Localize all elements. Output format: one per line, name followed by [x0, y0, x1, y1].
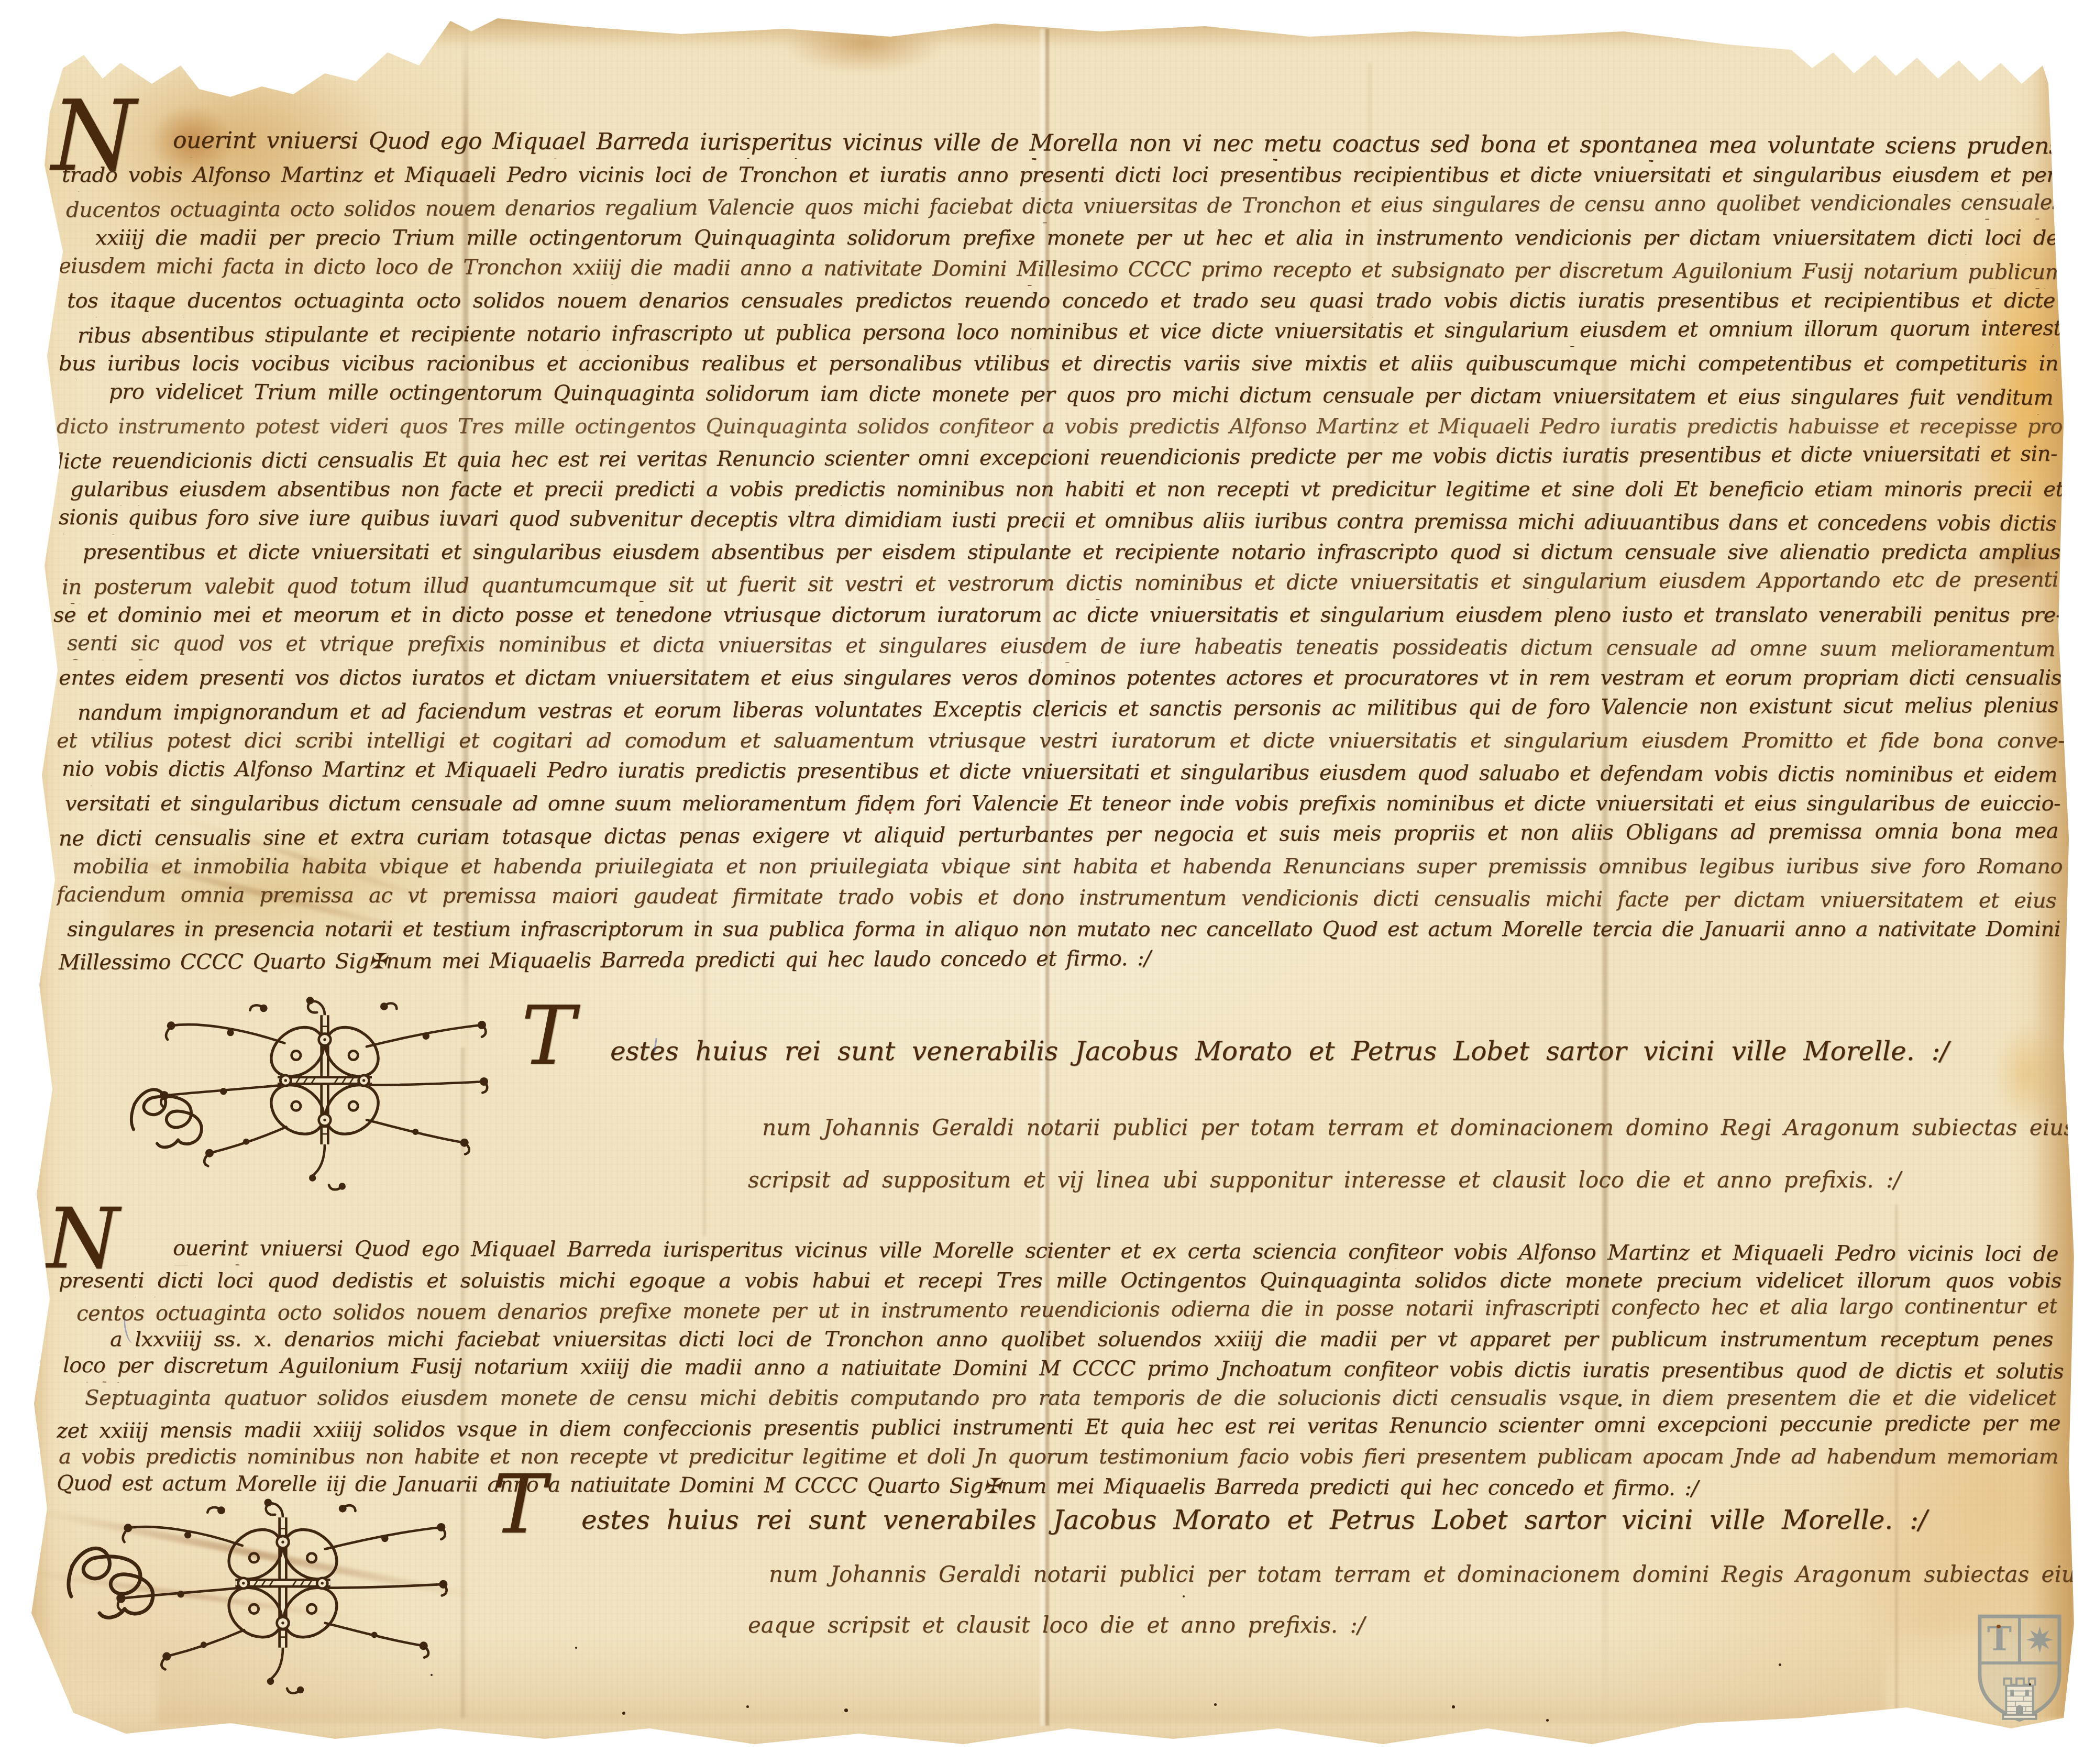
manuscript-line: sionis quibus foro sive iure quibus iuva… [59, 505, 2056, 541]
manuscript-line: loco per discretum Aguilonium Fusij nota… [63, 1353, 2064, 1388]
archive-stamp-icon: T [1976, 1613, 2064, 1723]
manuscript-line: trado vobis Alfonso Martinz et Miquaeli … [62, 162, 2056, 192]
manuscript-line: Septuaginta quatuor solidos eiusdem mone… [85, 1385, 2056, 1415]
manuscript-line: ouerint vniuersi Quod ego Miquael Barred… [173, 128, 2060, 163]
manuscript-line: senti sic quod vos et vtrique prefixis n… [67, 631, 2055, 666]
stain [47, 16, 2037, 47]
manuscript-line: presentibus et dicte vniuersitati et sin… [83, 539, 2060, 569]
manuscript-line: a lxxviiij ss. x. denarios michi facieba… [110, 1327, 2053, 1356]
notary-subscription-line: num Johannis Geraldi notarii publici per… [769, 1563, 2095, 1585]
manuscript-line: ouerint vniuersi Quod ego Miquael Barred… [173, 1236, 2058, 1271]
manuscript-line: singulares in presencia notarii et testi… [67, 917, 2060, 946]
manuscript-line: nio vobis dictis Alfonso Martinz et Miqu… [62, 756, 2057, 792]
ink-speck [1452, 1705, 1455, 1708]
manuscript-line: faciendum omnia premissa ac vt premissa … [57, 882, 2056, 918]
manuscript-line: nandum impignorandum et ad faciendum ves… [78, 693, 2058, 730]
sig-flourish-icon [63, 1529, 199, 1624]
manuscript-line: eiusdem michi facta in dicto loco de Tro… [59, 253, 2065, 289]
manuscript-line: dicto instrumento potest videri quos Tre… [57, 414, 2063, 443]
photo-background: N ouerint vniuersi Quod ego Miquael Barr… [0, 0, 2095, 1764]
manuscript-line: tos itaque ducentos octuaginta octo soli… [67, 288, 2055, 317]
ink-speck [1183, 1595, 1185, 1597]
manuscript-line: ducentos octuaginta octo solidos nouem d… [66, 190, 2063, 227]
illuminated-initial: T [492, 1464, 546, 1545]
manuscript-line: Millessimo CCCC Quarto Sig✠num mei Miqua… [59, 946, 1151, 979]
manuscript-line: mobilia et inmobilia habita vbique et ha… [72, 854, 2063, 883]
sig-flourish-icon [126, 1074, 241, 1152]
notary-subscription-line: scripsit ad suppositum et vij linea ubi … [748, 1169, 1901, 1191]
notary-subscription-line: eaque scripsit et clausit loco die et an… [748, 1614, 1365, 1636]
manuscript-line: ne dicti censualis sine et extra curiam … [59, 819, 2058, 856]
manuscript-line: in posterum valebit quod totum illud qua… [62, 567, 2058, 604]
ink-speck [1779, 1663, 1781, 1666]
manuscript-line: se et dominio mei et meorum et in dicto … [53, 602, 2063, 632]
stain [786, 16, 943, 73]
witness-line: estes huius rei sunt venerabiles Jacobus… [581, 1507, 1927, 1533]
manuscript-line: entes eidem presenti vos dictos iuratos … [59, 665, 2061, 694]
notary-subscription-line: num Johannis Geraldi notarii publici per… [762, 1117, 2095, 1139]
ink-speck [622, 1712, 625, 1715]
stain [1993, 1021, 2061, 1126]
parchment-sheet: N ouerint vniuersi Quod ego Miquael Barr… [0, 0, 2095, 1764]
ink-speck [1546, 1719, 1549, 1722]
manuscript-line: versitati et singularibus dictum censual… [65, 791, 2060, 820]
manuscript-line: centos octuaginta octo solidos nouem den… [76, 1294, 2057, 1331]
manuscript-line: gularibus eiusdem absentibus non facte e… [70, 477, 2064, 506]
manuscript-line: zet xxiiij mensis madii xxiiij solidos v… [57, 1411, 2060, 1448]
stamp-letter: T [1987, 1619, 2012, 1658]
ink-speck [575, 1647, 577, 1649]
stain [16, 105, 52, 1702]
illuminated-initial: T [521, 995, 575, 1076]
manuscript-line: a vobis predictis nominibus non habite e… [59, 1444, 2058, 1473]
manuscript-line: dicte reuendicionis dicti censualis Et q… [50, 442, 2057, 479]
ink-speck [746, 1705, 749, 1708]
ink-speck [844, 1708, 848, 1712]
ink-speck [1214, 1703, 1217, 1706]
manuscript-line: presenti dicti loci quod dedistis et sol… [59, 1268, 2061, 1297]
stamp-star-icon [2026, 1626, 2053, 1653]
witness-line: estes huius rei sunt venerabilis Jacobus… [610, 1038, 1949, 1064]
manuscript-line: bus iuribus locis vocibus vicibus racion… [59, 351, 2058, 380]
manuscript-line: et vtilius potest dici scribi intelligi … [57, 728, 2065, 757]
manuscript-line: xxiiij die madii per precio Trium mille … [95, 225, 2058, 255]
manuscript-line: ribus absentibus stipulante et recipient… [78, 316, 2061, 353]
manuscript-line: pro videlicet Trium mille octingentorum … [109, 379, 2053, 415]
